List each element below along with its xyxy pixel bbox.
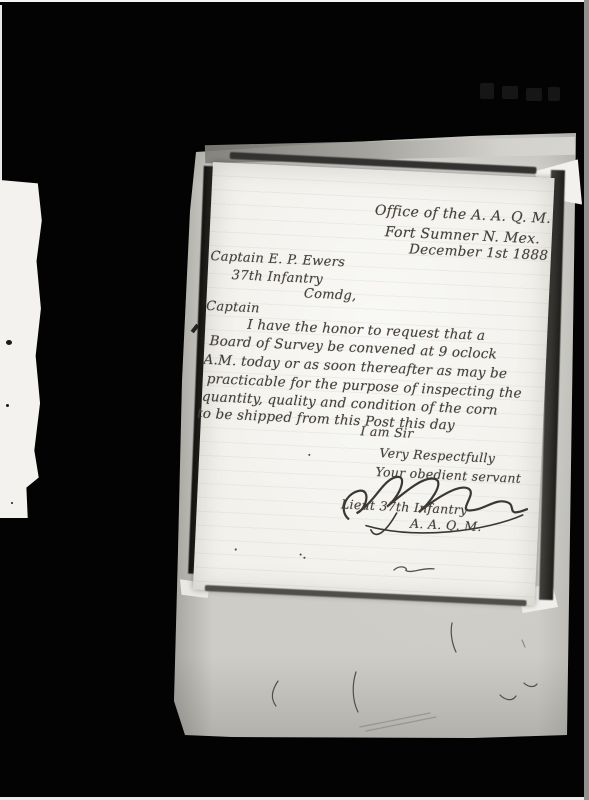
film-frame-smudge bbox=[480, 83, 494, 99]
backing-scratches bbox=[170, 608, 580, 743]
letter-sheet: Office of the A. A. Q. M. Fort Sumner N.… bbox=[193, 162, 555, 606]
salutation: Captain bbox=[206, 300, 260, 316]
film-frame-smudge bbox=[526, 88, 542, 101]
ink-spot bbox=[11, 502, 13, 504]
film-frame-smudge bbox=[548, 87, 560, 101]
scan-border-left bbox=[0, 5, 2, 182]
paper-speck bbox=[303, 557, 305, 559]
adjacent-page-edge bbox=[0, 180, 44, 518]
scan-border-top bbox=[0, 0, 589, 2]
pen-squiggle bbox=[392, 561, 441, 577]
paper-speck bbox=[300, 554, 302, 556]
closing-line: I am Sir bbox=[360, 425, 414, 440]
paper-speck bbox=[235, 548, 237, 550]
film-frame-smudge bbox=[502, 86, 518, 99]
ink-spot bbox=[6, 340, 12, 345]
paper-speck bbox=[308, 454, 310, 456]
addressee-command: Comdg, bbox=[304, 287, 357, 302]
signature-title-line: A. A. Q. M. bbox=[410, 518, 482, 534]
ink-spot bbox=[6, 404, 9, 407]
scan-edge-right bbox=[584, 0, 589, 800]
